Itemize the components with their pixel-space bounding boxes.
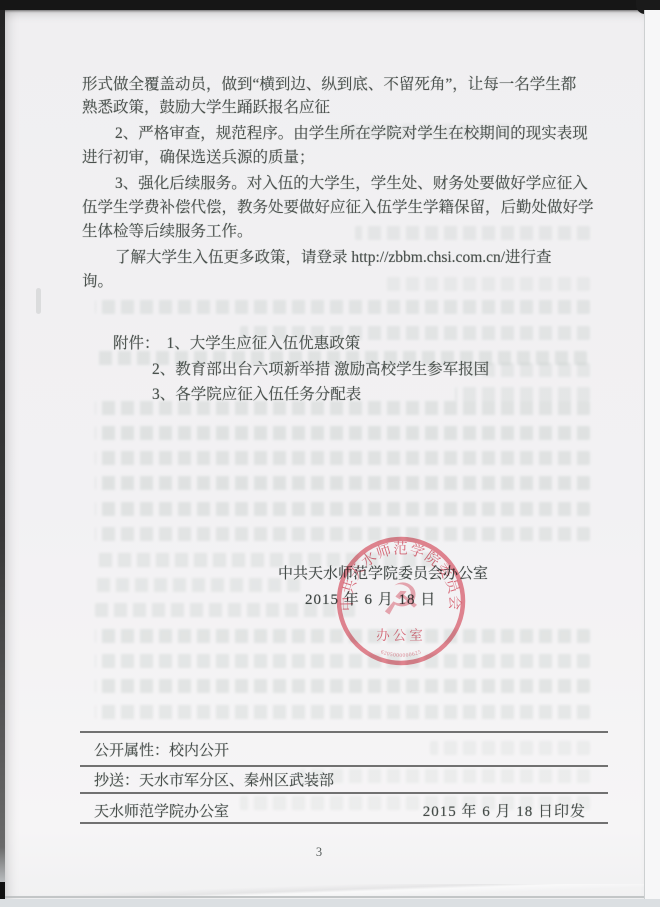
seal-serial: 6205000000625	[380, 649, 423, 659]
scan-edge-left	[0, 10, 5, 882]
bleedthrough-stripe	[95, 705, 590, 719]
attachment-item: 3、各学院应征入伍任务分配表	[152, 384, 361, 406]
footer-divider	[80, 792, 608, 794]
attachments-label: 附件：	[113, 335, 160, 352]
bleedthrough-stripe	[95, 426, 590, 440]
body-line: 了解大学生入伍更多政策，请登录 http://zbbm.chsi.com.cn/…	[115, 247, 552, 269]
scanned-document: 形式做全覆盖动员，做到“横到边、纵到底、不留死角”，让每一名学生都 熟悉政策，鼓…	[0, 0, 660, 907]
bleedthrough-stripe	[355, 226, 590, 240]
paper-crease	[5, 884, 644, 896]
body-line: 伍学生学费补偿代偿，教务处要做好应征入伍学生学籍保留，后勤处做好学	[82, 197, 594, 219]
body-line: 2、严格审查，规范程序。由学生所在学院对学生在校期间的现实表现	[115, 123, 588, 145]
bleedthrough-stripe	[95, 679, 590, 693]
footer-divider	[80, 765, 608, 767]
seal-bottom-text: 办公室	[376, 627, 426, 643]
official-seal: 中共天水师范学院委员会 ☭ 办公室 6205000000625	[331, 531, 471, 671]
attachment-item: 2、教育部出台六项新举措 激励高校学生参军报国	[152, 359, 489, 381]
bleedthrough-stripe	[95, 451, 590, 465]
footer-print-date: 2015 年 6 月 18 日印发	[80, 801, 586, 823]
attachment-line: 附件：1、大学生应征入伍优惠政策	[113, 333, 360, 355]
footer-visibility: 公开属性：校内公开	[94, 740, 229, 762]
scan-edge-right	[644, 10, 660, 899]
body-line: 形式做全覆盖动员，做到“横到边、纵到底、不留死角”，让每一名学生都	[82, 74, 576, 96]
footer-divider	[80, 731, 608, 733]
svg-text:6205000000625: 6205000000625	[380, 649, 423, 659]
paper-bottom-edge	[5, 896, 644, 898]
body-line: 进行初审，确保选送兵源的质量；	[82, 147, 315, 169]
scan-edge-bottom	[0, 899, 660, 907]
body-line: 生体检等后续服务工作。	[82, 221, 253, 243]
bleedthrough-stripe	[95, 476, 590, 490]
body-line: 询。	[82, 271, 113, 293]
bleedthrough-stripe	[430, 741, 590, 755]
bleedthrough-stripe	[95, 300, 590, 314]
hammer-sickle-icon: ☭	[381, 576, 420, 625]
bleedthrough-stripe	[300, 769, 590, 783]
page-number: 3	[303, 845, 335, 860]
bleedthrough-stripe	[455, 387, 590, 401]
bleedthrough-stripe	[95, 578, 300, 592]
body-line: 熟悉政策，鼓励大学生踊跃报名应征	[82, 97, 330, 119]
attachment-item: 1、大学生应征入伍优惠政策	[167, 335, 361, 352]
scan-edge-top	[0, 0, 660, 10]
footer-cc: 抄送：天水市军分区、秦州区武装部	[94, 770, 334, 792]
bleedthrough-stripe	[95, 502, 590, 516]
staple-mark	[36, 288, 41, 314]
bleedthrough-stripe	[385, 277, 590, 291]
body-line: 3、强化后续服务。对入伍的大学生，学生处、财务处要做好学应征入	[115, 173, 588, 195]
